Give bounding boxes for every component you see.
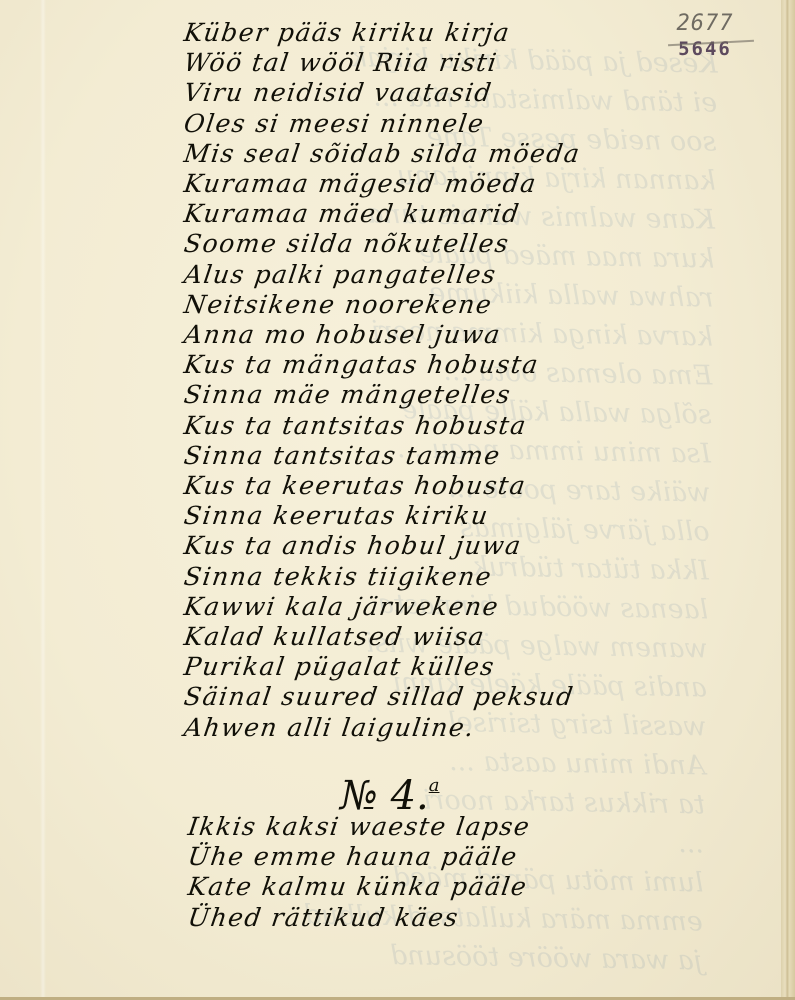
poem-line: Kate kalmu künka pääle xyxy=(186,872,590,902)
poem-line: Kawwi kala järwekene xyxy=(182,592,656,622)
poem-line: Kuramaa mäed kumarid xyxy=(182,199,656,229)
poem-line: Anna mo hobusel juwa xyxy=(182,320,656,350)
paper-fold-crease xyxy=(40,0,46,998)
poem-line: Küber pääs kiriku kirja xyxy=(182,18,656,48)
archive-pencil-number: 2677 xyxy=(660,10,750,38)
poem-line: Oles si meesi ninnele xyxy=(182,109,656,139)
poem-line: Viru neidisid vaatasid xyxy=(182,78,656,108)
bleed-line: ja wara wööre töösund xyxy=(182,932,703,980)
poem-part-2: Ikkis kaksi waeste lapse Ühe emme hauna … xyxy=(186,812,586,933)
poem-line: Säinal suured sillad peksud xyxy=(182,682,656,712)
poem-line: Sinna mäe mängetelles xyxy=(182,380,656,410)
section-suffix: a xyxy=(429,775,440,796)
poem-line: Sinna tantsitas tamme xyxy=(182,441,656,471)
page-stack-edge xyxy=(781,0,795,1000)
poem-line: Kus ta mängatas hobusta xyxy=(182,350,656,380)
poem-line: Neitsikene noorekene xyxy=(182,290,656,320)
poem-line: Sinna keerutas kiriku xyxy=(182,501,656,531)
bleed-line: Andi minu aasta ... xyxy=(185,737,706,785)
poem-line: Soome silda nõkutelles xyxy=(182,229,656,259)
poem-line: Ikkis kaksi waeste lapse xyxy=(186,812,590,842)
poem-part-1: Küber pääs kiriku kirja Wöö tal wööl Rii… xyxy=(182,18,652,743)
poem-line: Kus ta andis hobul juwa xyxy=(182,531,656,561)
poem-line: Kuramaa mägesid möeda xyxy=(182,169,656,199)
poem-line: Ühed rättikud käes xyxy=(186,903,590,933)
poem-line: Ühe emme hauna pääle xyxy=(186,842,590,872)
poem-line: Kalad kullatsed wiisa xyxy=(182,622,656,652)
poem-line: Mis seal sõidab silda möeda xyxy=(182,139,656,169)
archive-numbers: 2677 5646 xyxy=(660,10,750,60)
poem-line: Ahwen alli laigulinе. xyxy=(182,713,656,743)
manuscript-page: Kesed ja pääd kiriku kirjak ei tänd walm… xyxy=(0,0,782,998)
poem-line: Kus ta keerutas hobusta xyxy=(182,471,656,501)
poem-line: Wöö tal wööl Riia risti xyxy=(182,48,656,78)
archive-stamped-number: 5646 xyxy=(678,38,732,60)
poem-line: Purikal pügalat külles xyxy=(182,652,656,682)
poem-line: Alus palki pangatelles xyxy=(182,260,656,290)
poem-line: Sinna tekkis tiigikene xyxy=(182,562,656,592)
poem-line: Kus ta tantsitas hobusta xyxy=(182,411,656,441)
